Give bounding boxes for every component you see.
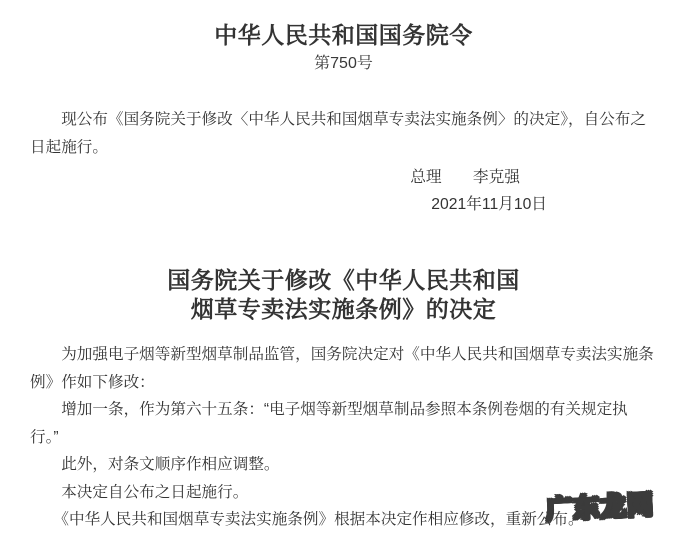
- decree-date: 2021年11月10日: [30, 191, 657, 218]
- premier-signature: 总理 李克强: [30, 164, 657, 191]
- decree-title: 中华人民共和国国务院令: [30, 0, 657, 49]
- decision-paragraph-3: 此外，对条文顺序作相应调整。: [30, 451, 657, 479]
- decision-paragraph-1: 为加强电子烟等新型烟草制品监管，国务院决定对《中华人民共和国烟草专卖法实施条 例…: [30, 341, 657, 396]
- site-watermark: 广东龙网: [545, 484, 655, 527]
- decree-number: 第750号: [30, 55, 657, 73]
- decree-body-paragraph: 现公布《国务院关于修改〈中华人民共和国烟草专卖法实施条例〉的决定》，自公布之 日…: [30, 106, 657, 161]
- decision-paragraph-2: 增加一条，作为第六十五条：“电子烟等新型烟草制品参照本条例卷烟的有关规定执 行。…: [30, 396, 657, 451]
- document-page: 中华人民共和国国务院令 第750号 现公布《国务院关于修改〈中华人民共和国烟草专…: [0, 0, 680, 533]
- decision-title: 国务院关于修改《中华人民共和国 烟草专卖法实施条例》的决定: [30, 266, 657, 324]
